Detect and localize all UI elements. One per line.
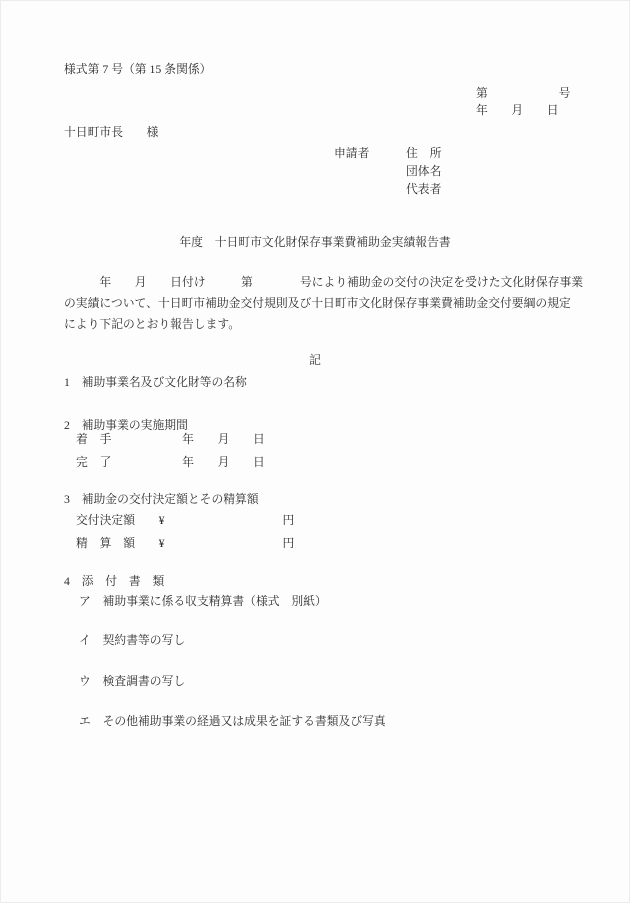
body-paragraph-line-1: 年 月 日付け 第 号により補助金の交付の決定を受けた文化財保存事業 [64,277,583,289]
section-4-heading: 4 添 付 書 類 [64,576,164,588]
section-2-start-date-row: 着 手 年 月 日 [76,434,265,446]
section-4-attachment-i: イ 契約書等の写し [79,635,185,647]
body-paragraph-line-2: の実績について、十日町市補助金交付規則及び十日町市文化財保存事業費補助金交付要綱… [64,298,571,310]
body-paragraph-line-3: により下記のとおり報告します。 [64,319,240,331]
form-number: 様式第 7 号（第 15 条関係） [64,64,211,76]
addressee: 十日町市長 様 [64,127,158,139]
section-2-heading: 2 補助事業の実施期間 [64,420,188,432]
section-4-attachment-e: エ その他補助事業の経過又は成果を証する書類及び写真 [79,716,386,728]
section-2-end-date-row: 完 了 年 月 日 [76,457,265,469]
applicant-group-name-label: 団体名 [406,166,441,178]
document-title: 年度 十日町市文化財保存事業費補助金実績報告書 [1,237,629,249]
record-marker: 記 [1,355,629,367]
section-3-settlement-amount-row: 精 算 額 ¥ 円 [76,538,294,550]
section-3-grant-amount-row: 交付決定額 ¥ 円 [76,515,294,527]
section-4-attachment-a: ア 補助事業に係る収支精算書（様式 別紙） [79,596,327,608]
applicant-address-label: 住 所 [406,148,441,160]
issue-date-line: 年 月 日 [476,105,559,117]
section-3-heading: 3 補助金の交付決定額とその精算額 [64,494,259,506]
applicant-label: 申請者 [334,148,369,160]
document-page: 様式第 7 号（第 15 条関係） 第 号 年 月 日 十日町市長 様 申請者 … [0,0,630,903]
issue-number-line: 第 号 [476,88,570,100]
section-1-heading: 1 補助事業名及び文化財等の名称 [64,377,247,389]
applicant-representative-label: 代表者 [406,184,441,196]
section-4-attachment-u: ウ 検査調書の写し [79,676,185,688]
